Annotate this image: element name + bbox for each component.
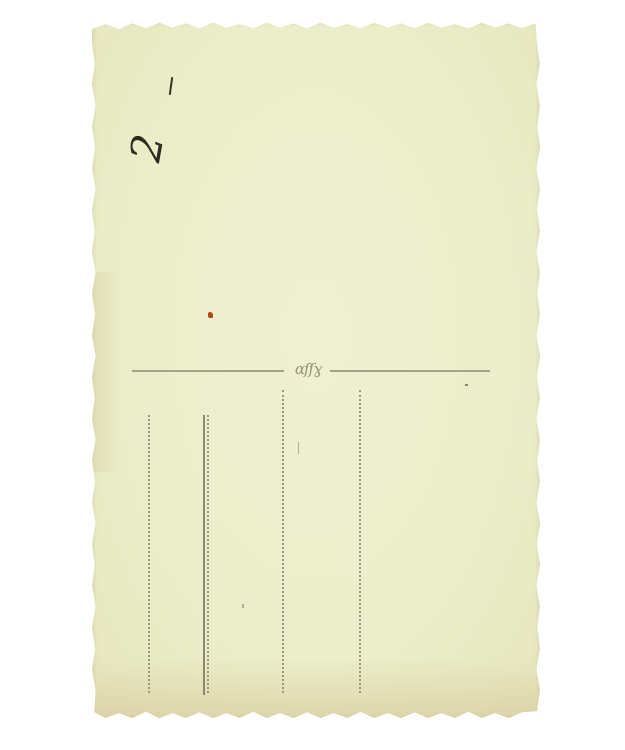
bottom-age-stain [92,658,540,718]
handwritten-number: 2 [112,77,182,137]
left-age-stain [92,272,122,472]
address-column-line-2 [359,390,361,693]
divider-line-right [330,370,490,372]
postcard-back: 2 ɑſſɣ [92,22,540,718]
stamp-column-line-3 [207,415,209,693]
handwritten-digit: 2 [124,131,170,165]
pen-stroke-icon [169,77,173,95]
ink-dot [465,384,468,386]
divider-line-left [132,370,284,372]
divider-monogram: ɑſſɣ [288,360,328,378]
red-speck [208,312,213,318]
address-column-line-1 [282,390,284,693]
stamp-column-line-2 [203,415,205,695]
paper-fleck [242,604,244,608]
stamp-column-line-1 [148,415,150,693]
paper-fleck [298,442,299,454]
